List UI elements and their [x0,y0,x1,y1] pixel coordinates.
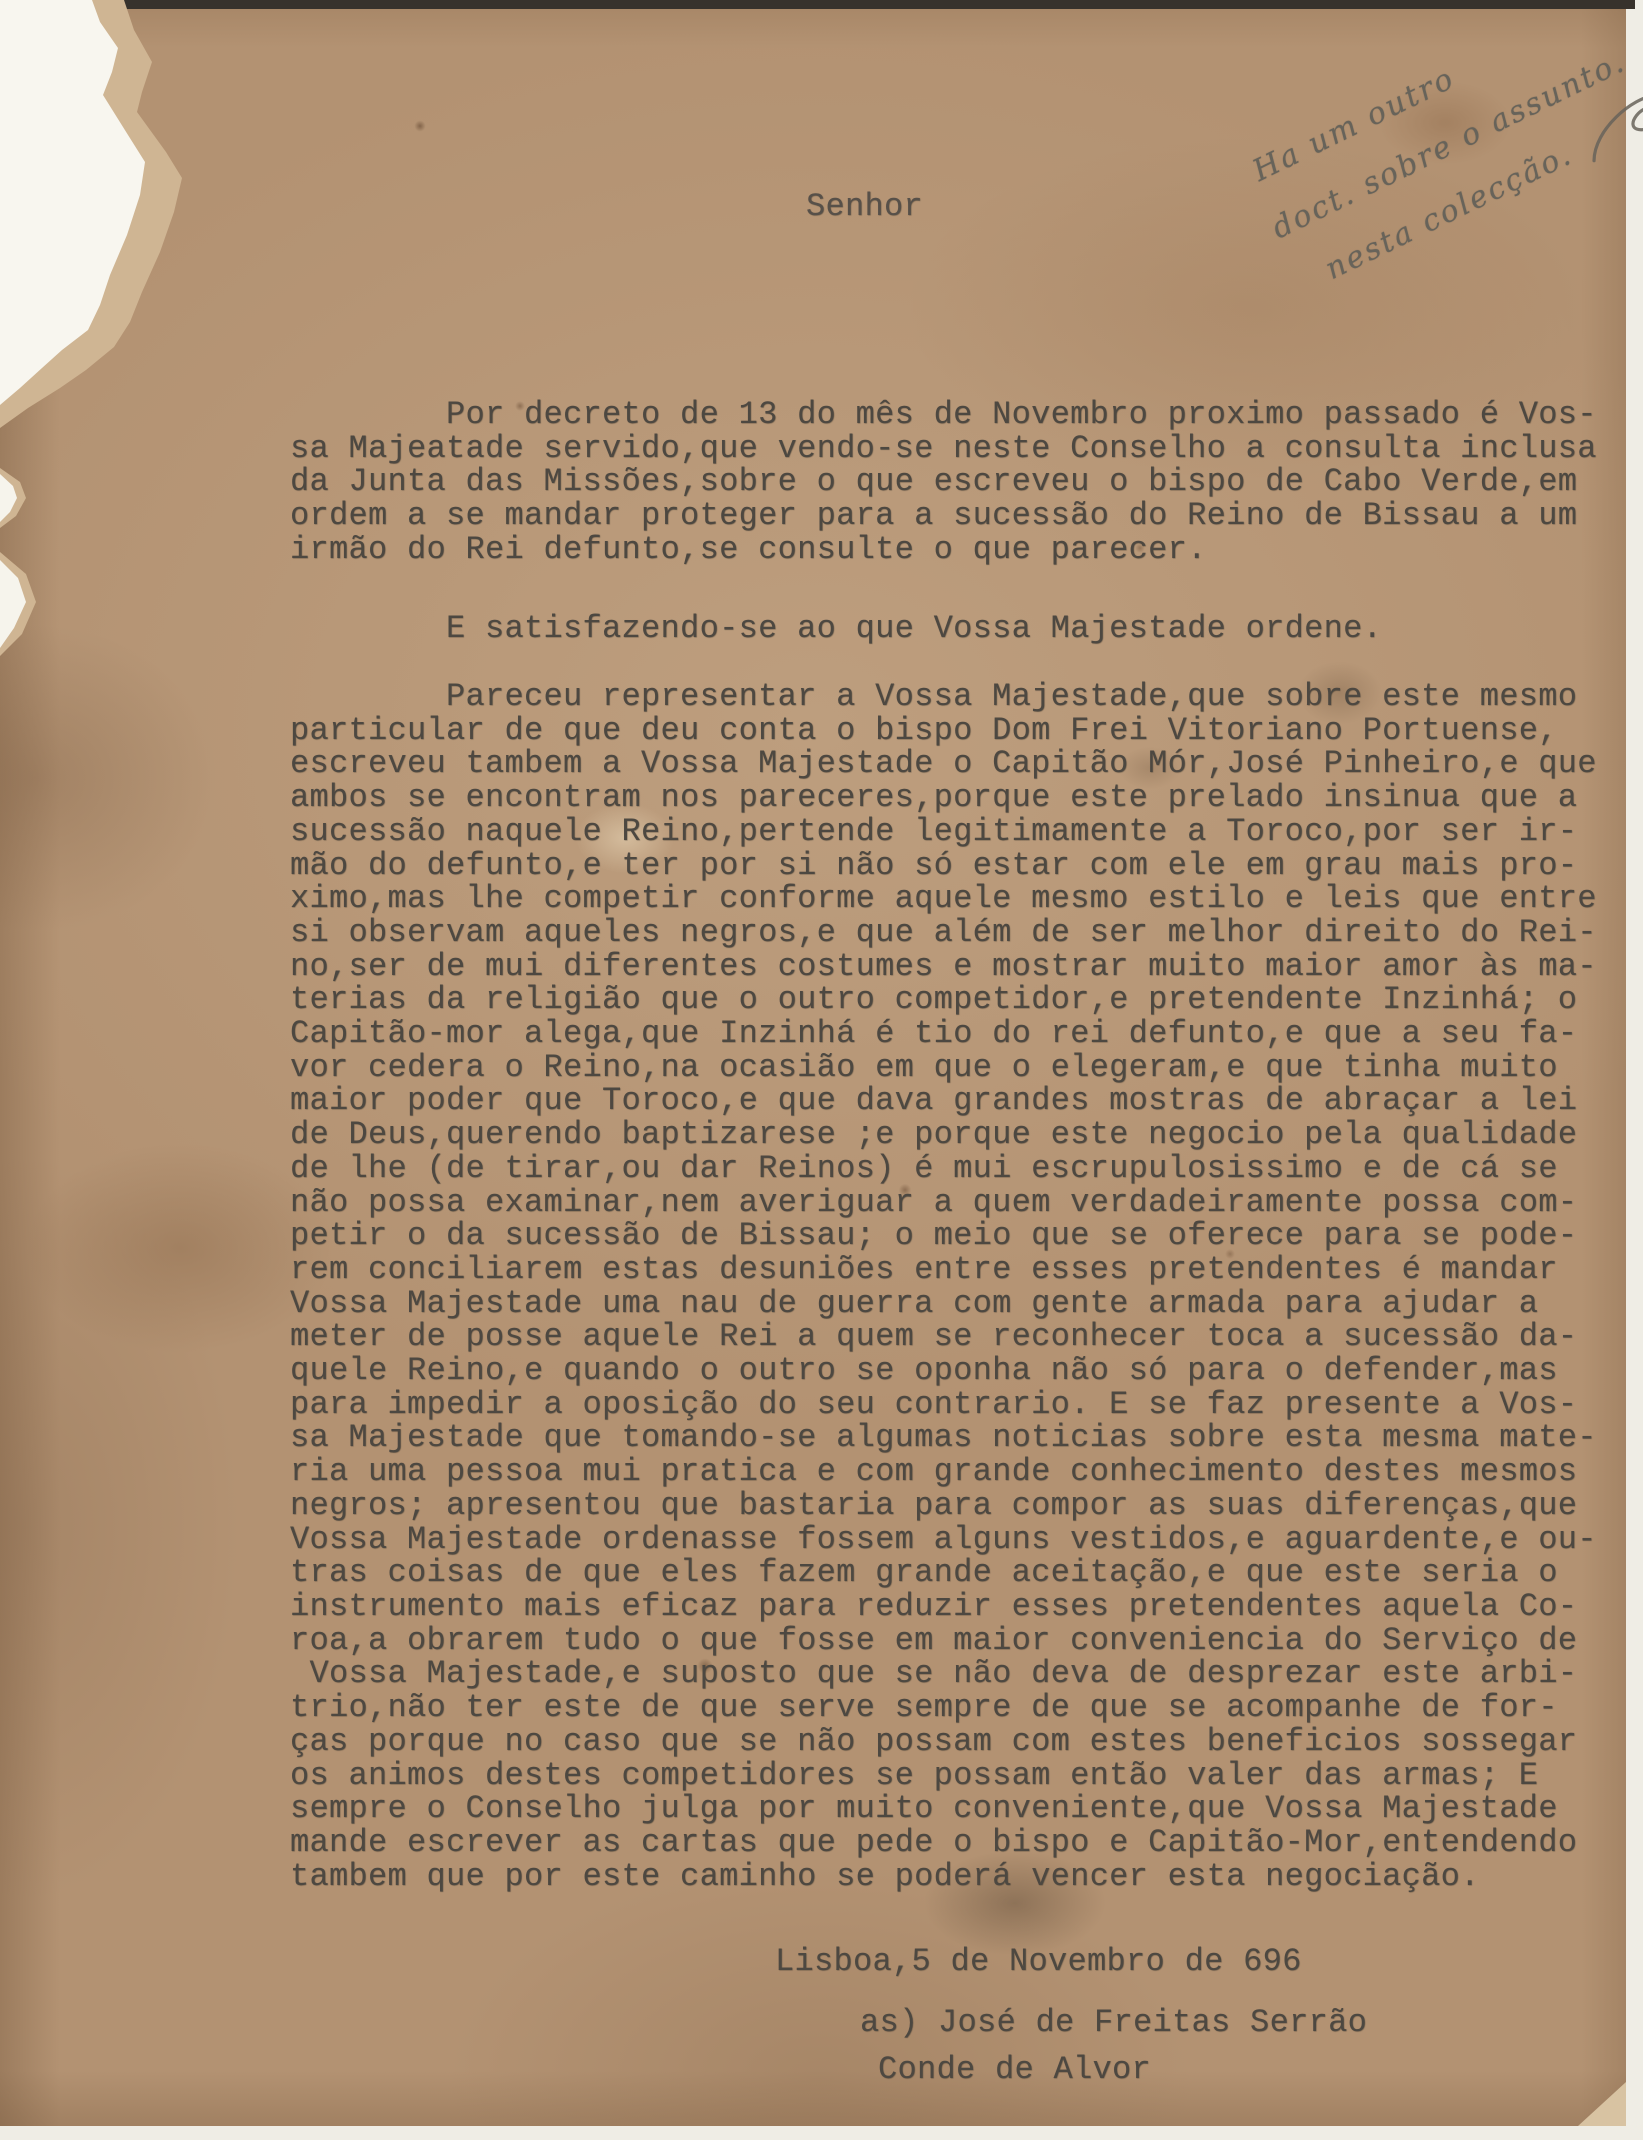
signature-line: as) José de Freitas Serrão [860,2006,1367,2040]
scan-edge-strip [88,0,1635,9]
salutation: Senhor [806,190,923,224]
body-paragraph-1: Por decreto de 13 do mês de Novembro pro… [290,398,1597,567]
scanned-letter-page: Ha um outro doct. sobre o assunto. nesta… [0,0,1643,2140]
dateline: Lisboa,5 de Novembro de 696 [775,1945,1302,1979]
signature-title: Conde de Alvor [878,2053,1151,2087]
body-paragraph-3: Pareceu representar a Vossa Majestade,qu… [290,680,1597,1893]
body-paragraph-2: E satisfazendo-se ao que Vossa Majestade… [290,612,1382,646]
